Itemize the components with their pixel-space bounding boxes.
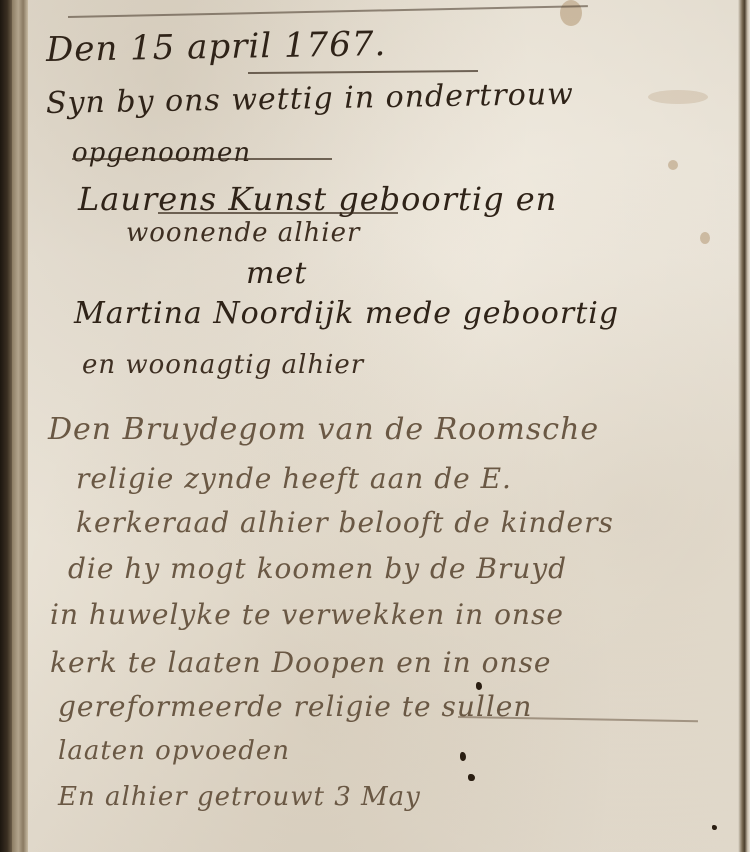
book-binding bbox=[0, 0, 12, 852]
document-scan: Den 15 april 1767. Syn by ons wettig in … bbox=[0, 0, 750, 852]
ink-blot bbox=[460, 752, 466, 761]
date-underline bbox=[248, 70, 478, 74]
paper-stain bbox=[668, 160, 678, 170]
paper-stain bbox=[560, 0, 582, 26]
underline-stroke bbox=[72, 158, 332, 160]
text-line-12: in huwelyke te verwekken in onse bbox=[50, 598, 564, 631]
text-line-5-met: met bbox=[246, 256, 307, 291]
text-line-9: religie zynde heeft aan de E. bbox=[76, 462, 512, 495]
marriage-date-line: En alhier getrouwt 3 May bbox=[58, 782, 421, 812]
text-line-11: die hy mogt koomen by de Bruyd bbox=[68, 552, 567, 585]
ink-blot bbox=[468, 774, 475, 781]
text-line-4: woonende alhier bbox=[126, 218, 360, 248]
text-line-15: laaten opvoeden bbox=[58, 736, 290, 766]
text-line-2: opgenoomen bbox=[72, 138, 251, 168]
text-line-1: Syn by ons wettig in ondertrouw bbox=[46, 77, 574, 121]
ink-blot bbox=[476, 682, 482, 690]
groom-name-underline bbox=[158, 212, 398, 214]
paper-stain bbox=[700, 232, 710, 244]
bride-name-line: Martina Noordijk mede geboortig bbox=[74, 296, 619, 331]
text-line-10: kerkeraad alhier belooft de kinders bbox=[76, 506, 614, 539]
ink-blot bbox=[712, 825, 717, 830]
page-gutter bbox=[12, 0, 28, 852]
text-line-7: en woonagtig alhier bbox=[82, 350, 364, 380]
text-line-13: kerk te laaten Doopen en in onse bbox=[50, 646, 551, 679]
entry-date: Den 15 april 1767. bbox=[46, 24, 387, 70]
text-line-8: Den Bruydegom van de Roomsche bbox=[48, 412, 599, 447]
paper-stain bbox=[648, 90, 708, 104]
page-edge bbox=[738, 0, 750, 852]
top-ruled-line bbox=[68, 5, 588, 18]
register-page: Den 15 april 1767. Syn by ons wettig in … bbox=[28, 0, 738, 852]
